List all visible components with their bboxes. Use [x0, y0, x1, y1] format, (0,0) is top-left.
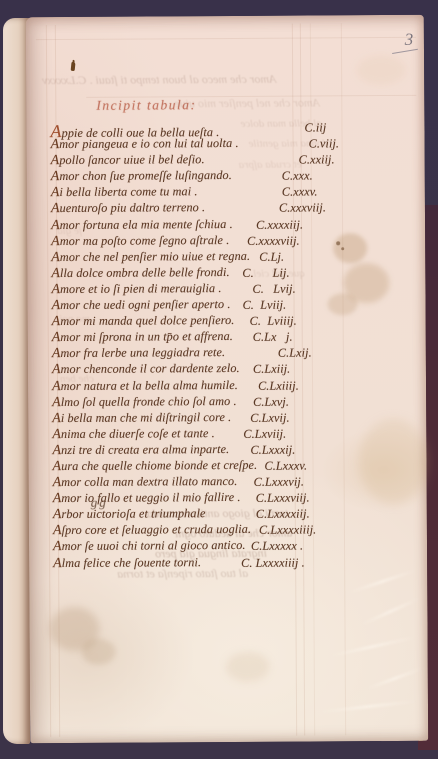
entry-carta-ref: C. Lviij. [243, 298, 287, 313]
entry-text: lla dolce ombra delle belle frondi. [60, 265, 230, 280]
entry-initial: A [51, 185, 60, 200]
entry-text: ura che quelle chiome bionde et creſpe. [61, 458, 257, 473]
entry-initial: A [53, 523, 62, 538]
entry-carta-ref: C.iij [304, 120, 326, 135]
folio-number: 3 [394, 30, 424, 50]
entry-initial: A [51, 137, 60, 152]
entry-carta-ref: C.Lj. [259, 249, 284, 264]
entry-carta-ref: C.Lxxxij. [250, 442, 295, 457]
entry-carta-ref: C.Lxxxvij. [254, 475, 305, 490]
ink-blot [71, 62, 76, 71]
entry-carta-ref: C.xxxxiij. [256, 217, 303, 232]
entry-initial: A [52, 443, 61, 458]
entry-text: rbor uictorioſa et triumphale [61, 506, 205, 521]
entry-text: nima che diuerſe coſe et tante . [61, 426, 215, 441]
entry-initial: A [51, 218, 60, 233]
entry-initial: A [53, 491, 62, 506]
entry-text: mor fortuna ela mia mente ſchiua . [60, 217, 233, 232]
stain [82, 639, 116, 665]
entry-initial: A [51, 250, 60, 265]
entry-carta-ref: C. Lviiij. [250, 314, 297, 329]
entry-text: mor chon ſue promeſſe luſingando. [59, 168, 232, 183]
entry-carta-ref: C.Lxvj. [253, 394, 289, 409]
entry-initial: A [51, 169, 60, 184]
entry-carta-ref: C.Lx j. [253, 330, 293, 345]
entry-initial: A [52, 346, 61, 361]
entry-text: nzi tre di creata era alma inparte. [61, 442, 229, 457]
entry-carta-ref: C.Lxxxxiij. [256, 507, 310, 522]
entry-initial: A [51, 234, 60, 249]
entry-initial: A [53, 556, 62, 571]
wrinkle-streak [367, 667, 422, 690]
entry-text: mor mi ſprona in un tp̄o et affrena. [60, 329, 233, 344]
entry-initial: A [53, 507, 62, 522]
entry-carta-ref: C.xxxviij. [279, 201, 326, 216]
entry-carta-ref: C. Lvij. [252, 282, 295, 297]
entry-text: mor ma poſto come ſegno aſtrale . [60, 233, 230, 248]
entry-initial: A [51, 201, 60, 216]
entry-carta-ref: C.xxiij. [299, 153, 335, 168]
entry-carta-ref: C.xxxxviij. [247, 233, 300, 248]
entry-text: mor fra lerbe una leggiadra rete. [60, 345, 225, 360]
stain [49, 607, 99, 651]
entry-initial: A [52, 330, 61, 345]
entry-initial: A [52, 379, 61, 394]
entry-text: ſpro core et ſeluaggio et cruda uoglia. [62, 522, 252, 537]
entry-text: mor natura et la bella alma humile. [61, 377, 238, 392]
entry-initial: A [53, 475, 62, 490]
entry-carta-ref: C. Lij. [242, 265, 289, 280]
entry-initial: A [52, 459, 61, 474]
ghost-text: Amor che meco al buon tempo ti ſtaui . C… [42, 72, 276, 88]
entry-carta-ref: C.Lxxxxiiij. [259, 523, 316, 538]
entry-text: uenturoſo piu daltro terreno . [60, 201, 206, 216]
entry-initial: A [52, 314, 61, 329]
entry-text: lmo ſol quella fronde chio ſol amo . [61, 394, 237, 409]
entry-carta-ref: C.Lxxxv. [264, 458, 307, 473]
rubric-heading: Incipit tabula: [96, 97, 196, 114]
entry-carta-ref: C.xxx. [282, 169, 313, 184]
index-entry: Alma felice che ſouente torni.C. Lxxxxii… [53, 553, 413, 571]
wrinkle-streak [362, 597, 420, 625]
ghost-layer: Amor che meco al buon tempo ti ſtaui . C… [26, 15, 424, 17]
manuscript-page: 3 Incipit tabula: Amor che meco al buon … [26, 15, 428, 743]
entry-carta-ref: C.Lxxxxx . [251, 539, 303, 554]
entry-initial: A [52, 298, 61, 313]
entry-carta-ref: C. Lxxxxiiij . [241, 555, 305, 570]
entry-carta-ref: C.Lxvij. [250, 410, 289, 425]
entry-text: mor io fallo et ueggio il mio fallire . [61, 490, 240, 505]
entry-initial: A [51, 266, 60, 281]
index-entry-list: Appie de colli oue la bella ueſta .C.iij… [50, 119, 413, 572]
entry-carta-ref: C.viij. [309, 136, 340, 151]
entry-initial: A [52, 395, 61, 410]
entry-text: mor chenconde il cor dardente zelo. [61, 361, 240, 376]
entry-carta-ref: C.xxxv. [282, 185, 318, 200]
entry-initial: A [51, 153, 60, 168]
entry-text: mor colla man dextra illato manco. [61, 474, 237, 489]
stain [226, 652, 270, 682]
entry-carta-ref: C.Lxxxviij. [256, 491, 310, 506]
entry-carta-ref: C.Lxiiij. [258, 378, 299, 393]
entry-text: mor ſe uuoi chi torni al gioco antico. [62, 538, 246, 553]
stain [356, 55, 406, 85]
wrinkle-streak [320, 700, 416, 714]
entry-initial: A [52, 411, 61, 426]
wrinkle-streak [349, 569, 416, 594]
entry-text: more et io ſi pien di merauiglia . [60, 281, 221, 296]
photo-background: 3 Incipit tabula: Amor che meco al buon … [0, 0, 438, 759]
entry-initial: A [52, 427, 61, 442]
entry-text: mor che nel penſier mio uiue et regna. [60, 249, 250, 264]
entry-text: pollo ſancor uiue il bel deſio. [59, 152, 204, 167]
entry-text: mor piangeua e io con lui tal uolta . [59, 136, 238, 151]
entry-text: mor che uedi ogni penſier aperto . [60, 297, 230, 312]
entry-initial: A [51, 282, 60, 297]
entry-initial: A [52, 362, 61, 377]
wrinkle-streak [330, 636, 415, 657]
entry-carta-ref: C.Lxiij. [253, 362, 290, 377]
entry-carta-ref: C.Lxij. [278, 346, 312, 361]
entry-initial: A [53, 539, 62, 554]
entry-text: i bella liberta come tu mai . [59, 185, 197, 200]
entry-text: lma felice che ſouente torni. [62, 555, 201, 570]
entry-carta-ref: C.Lxviij. [243, 426, 286, 441]
entry-text: mor mi manda quel dolce penſiero. [60, 313, 234, 328]
entry-text: i bella man che mi diſtringil core . [61, 410, 231, 425]
ruling-line-horizontal [36, 37, 416, 40]
